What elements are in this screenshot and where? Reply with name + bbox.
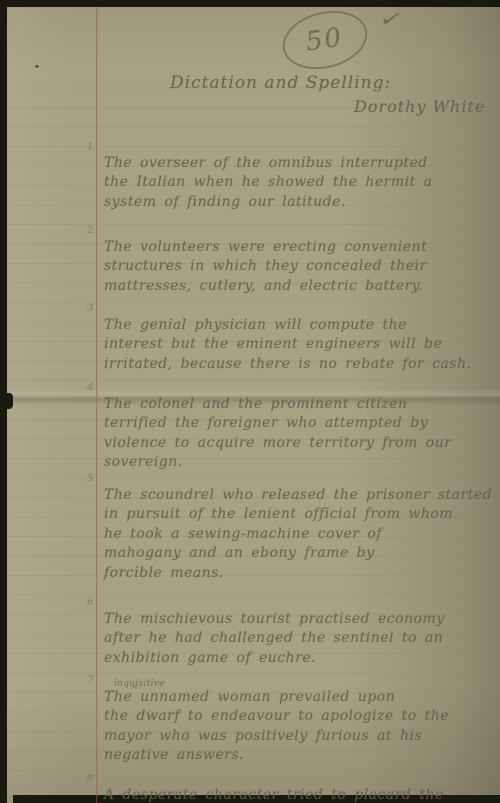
sentence-text: The colonel and the prominent citizen te… (104, 396, 451, 471)
fold-edge-notch (7, 393, 13, 409)
paper-sheet: 50 ✓ Dictation and Spelling: Dorothy Whi… (7, 7, 500, 795)
sentence-text: The genial physician will compute the in… (104, 317, 472, 372)
sentence-number: 4 (87, 378, 94, 398)
sentence-text: The unnamed woman prevailed upon the dwa… (104, 689, 449, 764)
grade-check-icon: ✓ (377, 4, 401, 35)
sentence-4: 4The colonel and the prominent citizen t… (104, 375, 500, 473)
sentence-number: 7 (87, 671, 94, 691)
sentence-1: 1The overseer of the omnibus interrupted… (104, 134, 500, 212)
sentence-2: 2The volunteers were erecting convenient… (104, 218, 500, 296)
sentence-number: 8 (87, 769, 94, 789)
sentence-number: 1 (87, 137, 94, 157)
sentence-3: 3The genial physician will compute the i… (104, 296, 500, 374)
sentence-number: 2 (87, 221, 94, 241)
scanned-document-page: 50 ✓ Dictation and Spelling: Dorothy Whi… (0, 0, 500, 803)
author-name: Dorothy White (354, 97, 485, 116)
red-margin-rule (96, 7, 97, 803)
sentence-number: 5 (87, 469, 94, 489)
grade-circle: 50 (277, 2, 374, 77)
inserted-correction-word: inquisitive (114, 679, 165, 689)
sentence-text: The mischievous tourist practised econom… (104, 611, 445, 666)
sentence-number: 6 (87, 593, 94, 613)
paper-speck (35, 65, 39, 68)
page-title: Dictation and Spelling: (170, 73, 391, 93)
sentence-text: A desperate character tried to placard t… (104, 787, 444, 803)
sentence-number: 3 (87, 299, 94, 319)
grade-value: 50 (305, 23, 346, 58)
sentence-text: The volunteers were erecting convenient … (104, 239, 427, 294)
paper-corner (7, 795, 13, 803)
sentence-8: 8A desperate character tried to placard … (104, 766, 500, 803)
sentence-6: 6The mischievous tourist practised econo… (104, 590, 500, 668)
insertion-caret-icon: ^ (131, 686, 139, 696)
sentence-5: 5The scoundrel who released the prisoner… (104, 466, 500, 583)
sentence-text: The scoundrel who released the prisoner … (104, 487, 492, 581)
sentence-text: The overseer of the omnibus interrupted … (104, 155, 433, 210)
